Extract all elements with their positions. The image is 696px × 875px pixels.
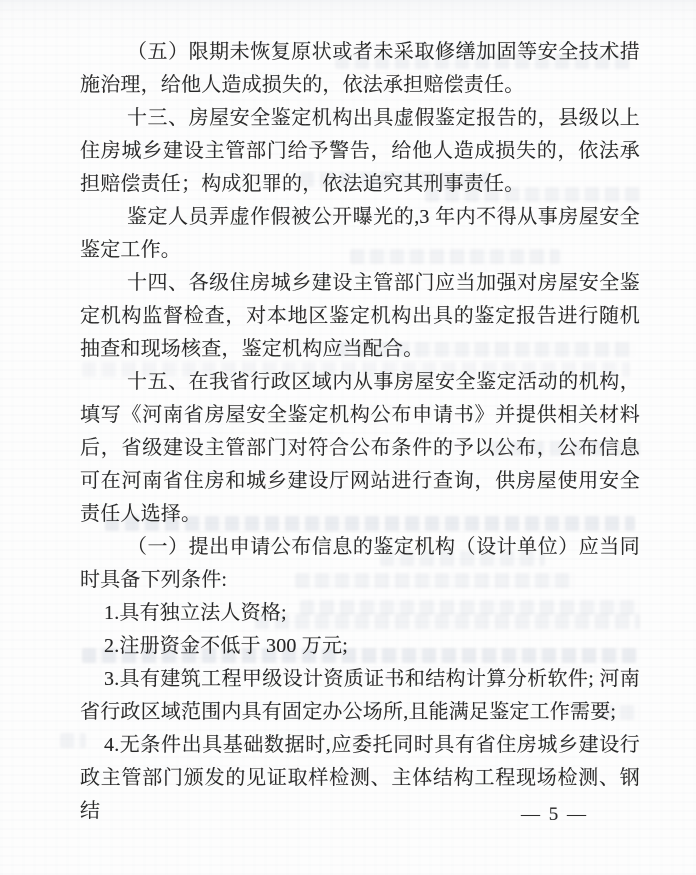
document-body: （五）限期未恢复原状或者未采取修缮加固等安全技术措施治理，给他人造成损失的，依法… <box>80 36 640 828</box>
paragraph-appraiser-exposure: 鉴定人员弄虚作假被公开曝光的,3 年内不得从事房屋安全鉴定工作。 <box>80 201 640 267</box>
paragraph-article-14: 十四、各级住房城乡建设主管部门应当加强对房屋安全鉴定机构监督检查，对本地区鉴定机… <box>80 267 640 366</box>
list-item-3: 3.具有建筑工程甲级设计资质证书和结构计算分析软件; 河南省行政区域范围内具有固… <box>80 663 640 729</box>
list-item-1: 1.具有独立法人资格; <box>80 597 640 630</box>
page-number: — 5 — <box>521 804 588 826</box>
paragraph-item-5-continuation: （五）限期未恢复原状或者未采取修缮加固等安全技术措施治理，给他人造成损失的，依法… <box>80 36 640 102</box>
scanned-document-page: （五）限期未恢复原状或者未采取修缮加固等安全技术措施治理，给他人造成损失的，依法… <box>0 0 696 875</box>
paragraph-condition-intro: （一）提出申请公布信息的鉴定机构（设计单位）应当同时具备下列条件: <box>80 531 640 597</box>
list-item-2: 2.注册资金不低于 300 万元; <box>80 630 640 663</box>
paragraph-article-15: 十五、在我省行政区域内从事房屋安全鉴定活动的机构，填写《河南省房屋安全鉴定机构公… <box>80 366 640 531</box>
paragraph-article-13: 十三、房屋安全鉴定机构出具虚假鉴定报告的，县级以上住房城乡建设主管部门给予警告，… <box>80 102 640 201</box>
